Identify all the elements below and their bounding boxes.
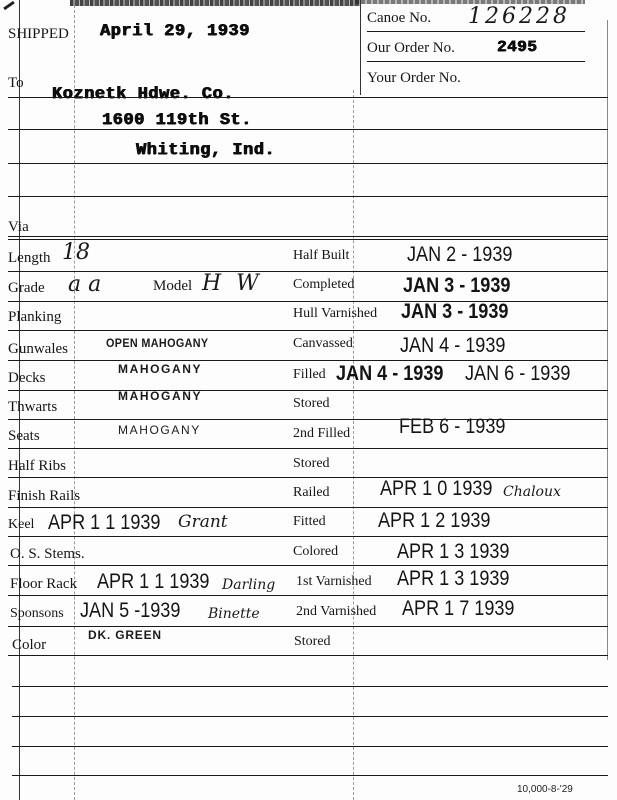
- address-rule-3: [8, 163, 608, 164]
- row-rule: [8, 330, 608, 331]
- model-value: H W: [202, 275, 263, 293]
- seats-label: Seats: [8, 428, 40, 444]
- via-label: Via: [8, 219, 29, 235]
- shipped-date: April 29, 1939: [100, 23, 250, 41]
- fitted-date-stamp: APR 1 2 1939: [378, 510, 490, 532]
- blank-rule: [12, 716, 608, 717]
- canvassed-label: Canvassed: [293, 336, 353, 352]
- canoe-no-value: 126228: [468, 8, 570, 26]
- canoe-build-record-card: SHIPPED April 29, 1939 Canoe No. 126228 …: [0, 0, 617, 800]
- to-address-line-3: Whiting, Ind.: [136, 142, 275, 160]
- our-order-rule: [367, 61, 585, 62]
- railed-signature: Chaloux: [503, 483, 561, 501]
- hull-varnished-label: Hull Varnished: [293, 306, 377, 322]
- to-address-line-1: Koznetk Hdwe. Co.: [52, 86, 234, 104]
- thwarts-value: MAHOGANY: [118, 389, 202, 403]
- planking-label: Planking: [8, 309, 61, 325]
- keel-date-stamp: APR 1 1 1939: [48, 512, 160, 534]
- row-rule: [8, 655, 608, 656]
- address-rule-2: [8, 129, 608, 130]
- railed-date-stamp: APR 1 0 1939: [380, 478, 492, 500]
- canvassed-date-stamp: JAN 4 - 1939: [400, 335, 505, 357]
- keel-signature: Grant: [178, 513, 228, 531]
- colored-date-stamp: APR 1 3 1939: [397, 541, 509, 563]
- your-order-label: Your Order No.: [367, 70, 461, 86]
- second-varnished-label: 2nd Varnished: [296, 604, 376, 620]
- filled-date-stamp-1: JAN 4 - 1939: [336, 363, 443, 385]
- our-order-label: Our Order No.: [367, 40, 455, 56]
- sponsons-signature: Binette: [208, 605, 260, 623]
- gunwales-label: Gunwales: [8, 341, 68, 357]
- floor-rack-signature: Darling: [222, 576, 275, 594]
- to-address-line-2: 1600 119th St.: [102, 112, 252, 130]
- sponsons-label: Sponsons: [10, 606, 64, 622]
- form-code: 10,000-8-'29: [517, 784, 573, 795]
- length-label: Length: [8, 250, 51, 266]
- floor-rack-date-stamp: APR 1 1 1939: [97, 571, 209, 593]
- row-rule: [8, 626, 608, 627]
- colored-label: Colored: [293, 544, 338, 560]
- row-rule: [8, 477, 608, 478]
- floor-rack-label: Floor Rack: [10, 576, 77, 592]
- decks-value: MAHOGANY: [118, 362, 202, 376]
- row-rule: [8, 595, 608, 596]
- row-rule: [8, 360, 608, 361]
- railed-label: Railed: [293, 485, 330, 501]
- shipped-label: SHIPPED: [8, 26, 69, 42]
- completed-date-stamp: JAN 3 - 1939: [403, 275, 510, 297]
- address-rule-1: [8, 97, 608, 98]
- length-value: 18: [62, 244, 90, 262]
- right-margin-line: [607, 20, 608, 660]
- to-label: To: [8, 75, 24, 91]
- completed-label: Completed: [293, 277, 354, 293]
- decks-label: Decks: [8, 370, 46, 386]
- canoe-no-rule: [367, 31, 585, 32]
- half-ribs-label: Half Ribs: [8, 458, 66, 474]
- blank-rule: [12, 686, 608, 687]
- row-rule: [8, 419, 608, 420]
- finish-rails-label: Finish Rails: [8, 488, 80, 504]
- color-label: Color: [12, 637, 46, 653]
- thwarts-label: Thwarts: [8, 399, 57, 415]
- stored-label-1: Stored: [293, 396, 330, 412]
- address-rule-4: [8, 196, 608, 197]
- second-filled-date-stamp: FEB 6 - 1939: [399, 416, 505, 438]
- second-filled-label: 2nd Filled: [293, 426, 350, 442]
- column-guide-1: [74, 0, 75, 800]
- via-rule-double: [8, 239, 608, 240]
- stored-label-3: Stored: [294, 634, 331, 650]
- row-rule: [8, 301, 608, 302]
- canoe-no-label: Canoe No.: [367, 10, 431, 26]
- blank-rule: [12, 746, 608, 747]
- filled-date-stamp-2: JAN 6 - 1939: [465, 363, 570, 385]
- our-order-value: 2495: [497, 38, 537, 56]
- row-rule: [8, 507, 608, 508]
- first-varnished-label: 1st Varnished: [296, 574, 372, 590]
- row-rule: [8, 448, 608, 449]
- seats-value: MAHOGANY: [118, 423, 201, 437]
- via-rule: [8, 236, 608, 237]
- row-rule: [8, 565, 608, 566]
- gunwales-value: OPEN MAHOGANY: [106, 336, 208, 350]
- second-varnished-date-stamp: APR 1 7 1939: [402, 598, 514, 620]
- fitted-label: Fitted: [293, 514, 326, 530]
- model-label: Model: [153, 278, 192, 294]
- half-built-date-stamp: JAN 2 - 1939: [407, 244, 512, 266]
- grade-label: Grade: [8, 280, 45, 296]
- half-built-label: Half Built: [293, 248, 349, 264]
- row-rule: [8, 536, 608, 537]
- blank-rule: [12, 775, 608, 776]
- first-varnished-date-stamp: APR 1 3 1939: [397, 568, 509, 590]
- hull-varnished-date-stamp: JAN 3 - 1939: [401, 301, 508, 323]
- filled-label: Filled: [293, 367, 326, 383]
- os-stems-label: O. S. Stems.: [10, 546, 85, 562]
- stored-label-2: Stored: [293, 456, 330, 472]
- keel-label: Keel: [8, 517, 34, 533]
- scan-edge-noise: [70, 0, 360, 6]
- grade-value: a a: [68, 276, 101, 294]
- corner-mark: [3, 1, 15, 10]
- row-rule: [8, 390, 608, 391]
- sponsons-date-stamp: JAN 5 -1939: [80, 600, 180, 622]
- color-value: DK. GREEN: [88, 628, 162, 642]
